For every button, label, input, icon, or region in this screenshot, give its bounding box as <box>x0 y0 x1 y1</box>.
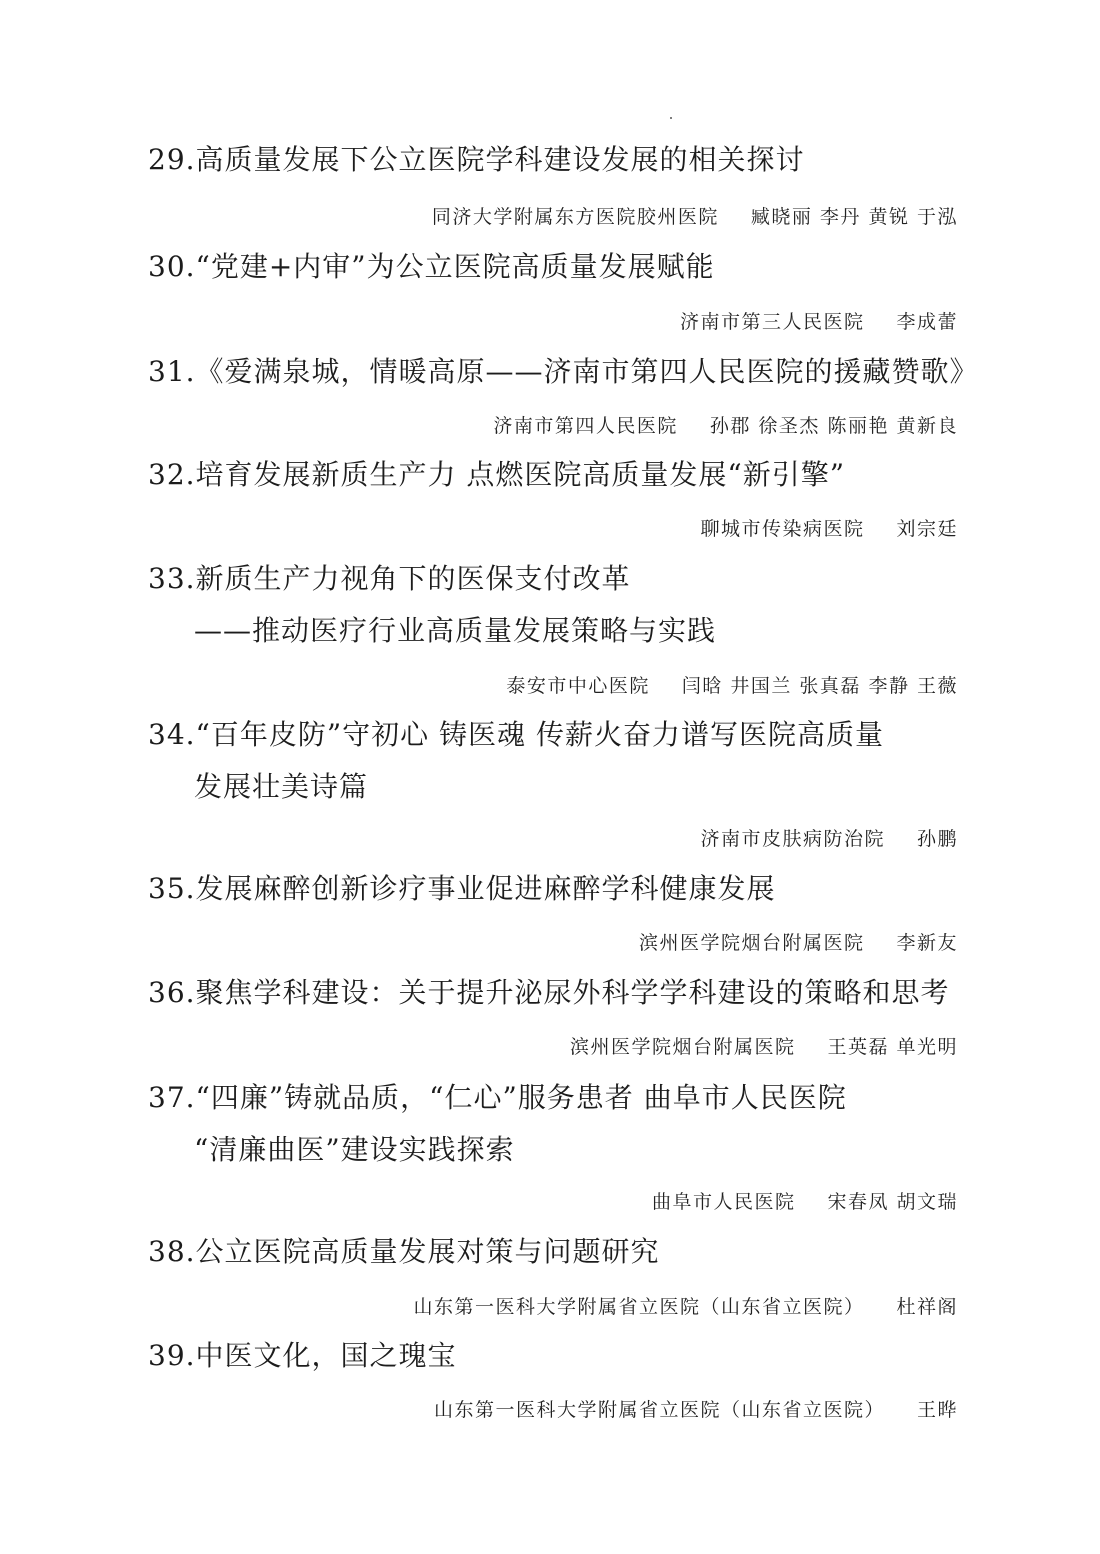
entry-org: 济南市皮肤病防治院 <box>700 828 885 850</box>
entry-authors: 宋春凤 胡文瑞 <box>827 1191 958 1213</box>
entry-39-author: 山东第一医科大学附属省立医院（山东省立医院）王晔 <box>434 1398 958 1422</box>
entry-35-author: 滨州医学院烟台附属医院李新友 <box>639 931 958 955</box>
entry-authors: 刘宗廷 <box>896 518 958 540</box>
scan-speck <box>670 117 672 119</box>
entry-38-author: 山东第一医科大学附属省立医院（山东省立医院）杜祥阁 <box>413 1295 958 1319</box>
entry-32-author: 聊城市传染病医院刘宗廷 <box>700 517 958 541</box>
entry-33-title: 33.新质生产力视角下的医保支付改革 ——推动医疗行业高质量发展策略与实践 <box>148 562 716 648</box>
entry-title-text: 发展麻醉创新诊疗事业促进麻醉学科健康发展 <box>196 872 776 905</box>
entry-title-text: 公立医院高质量发展对策与问题研究 <box>196 1235 660 1268</box>
entry-37-author: 曲阜市人民医院宋春凤 胡文瑞 <box>652 1190 958 1214</box>
entry-org: 山东第一医科大学附属省立医院（山东省立医院） <box>434 1399 885 1421</box>
entry-authors: 闫晗 井国兰 张真磊 李静 王薇 <box>682 675 958 697</box>
entry-title-continuation: ——推动医疗行业高质量发展策略与实践 <box>148 614 716 648</box>
entry-33-author: 泰安市中心医院闫晗 井国兰 张真磊 李静 王薇 <box>506 674 958 698</box>
entry-authors: 王英磊 单光明 <box>827 1036 958 1058</box>
entry-title-text: “百年皮防”守初心 铸医魂 传薪火奋力谱写医院高质量 <box>196 718 884 751</box>
entry-32-title: 32.培育发展新质生产力 点燃医院高质量发展“新引擎” <box>148 458 845 492</box>
entry-title-text: 高质量发展下公立医院学科建设发展的相关探讨 <box>196 143 805 176</box>
entry-authors: 孙鹏 <box>917 828 958 850</box>
entry-31-title: 31.《爱满泉城，情暖高原——济南市第四人民医院的援藏赞歌》 <box>148 355 979 389</box>
entry-number: 33. <box>148 562 196 595</box>
entry-29-title: 29.高质量发展下公立医院学科建设发展的相关探讨 <box>148 143 805 177</box>
entry-number: 35. <box>148 872 196 905</box>
entry-org: 曲阜市人民医院 <box>652 1191 796 1213</box>
entry-org: 泰安市中心医院 <box>506 675 650 697</box>
entry-authors: 孙郡 徐圣杰 陈丽艳 黄新良 <box>710 415 958 437</box>
entry-authors: 李成蕾 <box>896 311 958 333</box>
entry-authors: 李新友 <box>896 932 958 954</box>
entry-number: 39. <box>148 1339 196 1372</box>
entry-title-text: 新质生产力视角下的医保支付改革 <box>196 562 631 595</box>
entry-authors: 王晔 <box>917 1399 958 1421</box>
entry-title-text: 培育发展新质生产力 点燃医院高质量发展“新引擎” <box>196 458 846 491</box>
entry-title-text: 中医文化，国之瑰宝 <box>196 1339 457 1372</box>
entry-org: 聊城市传染病医院 <box>700 518 864 540</box>
entry-org: 同济大学附属东方医院胶州医院 <box>432 206 719 228</box>
entry-31-author: 济南市第四人民医院孙郡 徐圣杰 陈丽艳 黄新良 <box>493 414 958 438</box>
entry-39-title: 39.中医文化，国之瑰宝 <box>148 1339 457 1373</box>
entry-number: 31. <box>148 355 196 388</box>
entry-org: 济南市第三人民医院 <box>680 311 865 333</box>
entry-number: 29. <box>148 143 196 176</box>
entry-title-continuation: 发展壮美诗篇 <box>148 770 884 804</box>
entry-number: 30. <box>148 250 196 283</box>
entry-org: 滨州医学院烟台附属医院 <box>570 1036 796 1058</box>
entry-number: 37. <box>148 1081 196 1114</box>
entry-29-author: 同济大学附属东方医院胶州医院臧晓丽 李丹 黄锐 于泓 <box>432 205 958 229</box>
entry-title-text: 聚焦学科建设：关于提升泌尿外科学学科建设的策略和思考 <box>196 976 950 1009</box>
entry-number: 34. <box>148 718 196 751</box>
entry-authors: 杜祥阁 <box>896 1296 958 1318</box>
entry-org: 山东第一医科大学附属省立医院（山东省立医院） <box>413 1296 864 1318</box>
entry-number: 36. <box>148 976 196 1009</box>
entry-30-author: 济南市第三人民医院李成蕾 <box>680 310 958 334</box>
entry-34-author: 济南市皮肤病防治院孙鹏 <box>700 827 958 851</box>
entry-number: 32. <box>148 458 196 491</box>
entry-number: 38. <box>148 1235 196 1268</box>
entry-34-title: 34.“百年皮防”守初心 铸医魂 传薪火奋力谱写医院高质量 发展壮美诗篇 <box>148 718 884 804</box>
entry-38-title: 38.公立医院高质量发展对策与问题研究 <box>148 1235 660 1269</box>
entry-36-title: 36.聚焦学科建设：关于提升泌尿外科学学科建设的策略和思考 <box>148 976 950 1010</box>
entry-title-text: “党建+内审”为公立医院高质量发展赋能 <box>196 250 715 283</box>
entry-authors: 臧晓丽 李丹 黄锐 于泓 <box>751 206 958 228</box>
entry-title-text: “四廉”铸就品质，“仁心”服务患者 曲阜市人民医院 <box>196 1081 847 1114</box>
document-page: 29.高质量发展下公立医院学科建设发展的相关探讨 同济大学附属东方医院胶州医院臧… <box>0 0 1100 1554</box>
entry-title-text: 《爱满泉城，情暖高原——济南市第四人民医院的援藏赞歌》 <box>196 355 979 388</box>
entry-35-title: 35.发展麻醉创新诊疗事业促进麻醉学科健康发展 <box>148 872 776 906</box>
entry-30-title: 30.“党建+内审”为公立医院高质量发展赋能 <box>148 250 715 284</box>
entry-org: 济南市第四人民医院 <box>493 415 678 437</box>
entry-36-author: 滨州医学院烟台附属医院王英磊 单光明 <box>570 1035 958 1059</box>
entry-37-title: 37.“四廉”铸就品质，“仁心”服务患者 曲阜市人民医院 “清廉曲医”建设实践探… <box>148 1081 847 1167</box>
entry-org: 滨州医学院烟台附属医院 <box>639 932 865 954</box>
entry-title-continuation: “清廉曲医”建设实践探索 <box>148 1133 847 1167</box>
